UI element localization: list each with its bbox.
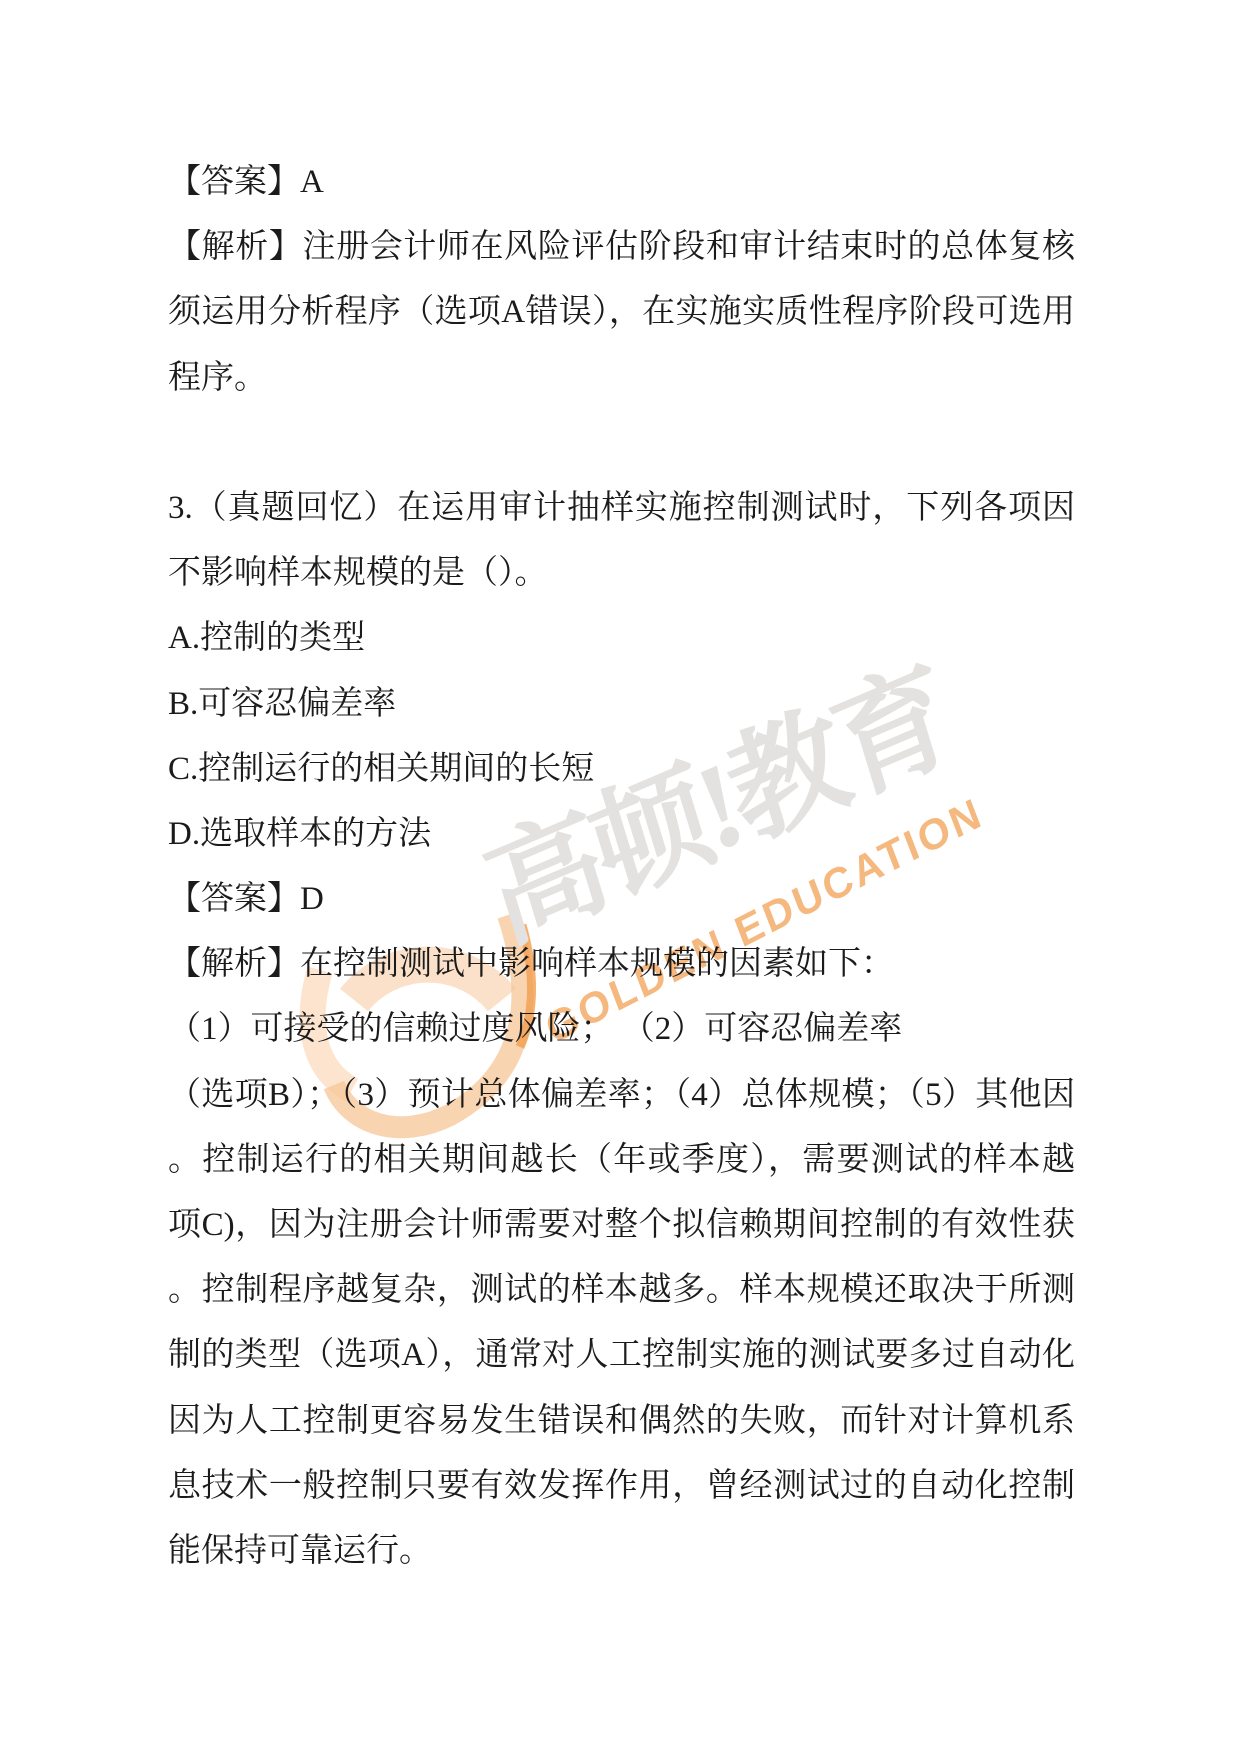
text-line: 【答案】D [168,867,1075,932]
text-line: 。控制程序越复杂，测试的样本越多。样本规模还取决于所测试的控 [168,1258,1075,1323]
text-line: 3.（真题回忆）在运用审计抽样实施控制测试时，下列各项因素中， [168,476,1075,541]
blank-line [168,411,1075,476]
text-line: 制的类型（选项A），通常对人工控制实施的测试要多过自动化控制， [168,1323,1075,1388]
text-line: 因为人工控制更容易发生错误和偶然的失败，而针对计算机系统的信 [168,1389,1075,1454]
text-line: D.选取样本的方法 [168,802,1075,867]
text-line: C.控制运行的相关期间的长短 [168,737,1075,802]
text-line: （1）可接受的信赖过度风险； （2）可容忍偏差率 [168,997,1075,1062]
text-line: 。控制运行的相关期间越长（年或季度），需要测试的样本越多（选 [168,1128,1075,1193]
text-line: 息技术一般控制只要有效发挥作用，曾经测试过的自动化控制一般都 [168,1454,1075,1519]
document-text: 【答案】A【解析】注册会计师在风险评估阶段和审计结束时的总体复核阶段必须运用分析… [168,150,1075,1584]
text-line: 须运用分析程序（选项A错误），在实施实质性程序阶段可选用分析 [168,280,1075,345]
text-line: 不影响样本规模的是（）。 [168,541,1075,606]
text-line: A.控制的类型 [168,606,1075,671]
text-line: B.可容忍偏差率 [168,672,1075,737]
text-line: 程序。 [168,346,1075,411]
text-line: 项C)，因为注册会计师需要对整个拟信赖期间控制的有效性获取证据 [168,1193,1075,1258]
document-page: 高顿!教育 GOLDEN EDUCATION 【答案】A【解析】注册会计师在风险… [0,0,1242,1757]
text-line: （选项B）；（3）预计总体偏差率；（4）总体规模；（5）其他因素 [168,1063,1075,1128]
text-line: 【解析】在控制测试中影响样本规模的因素如下： [168,932,1075,997]
text-line: 能保持可靠运行。 [168,1519,1075,1584]
text-line: 【解析】注册会计师在风险评估阶段和审计结束时的总体复核阶段必 [168,215,1075,280]
text-line: 【答案】A [168,150,1075,215]
